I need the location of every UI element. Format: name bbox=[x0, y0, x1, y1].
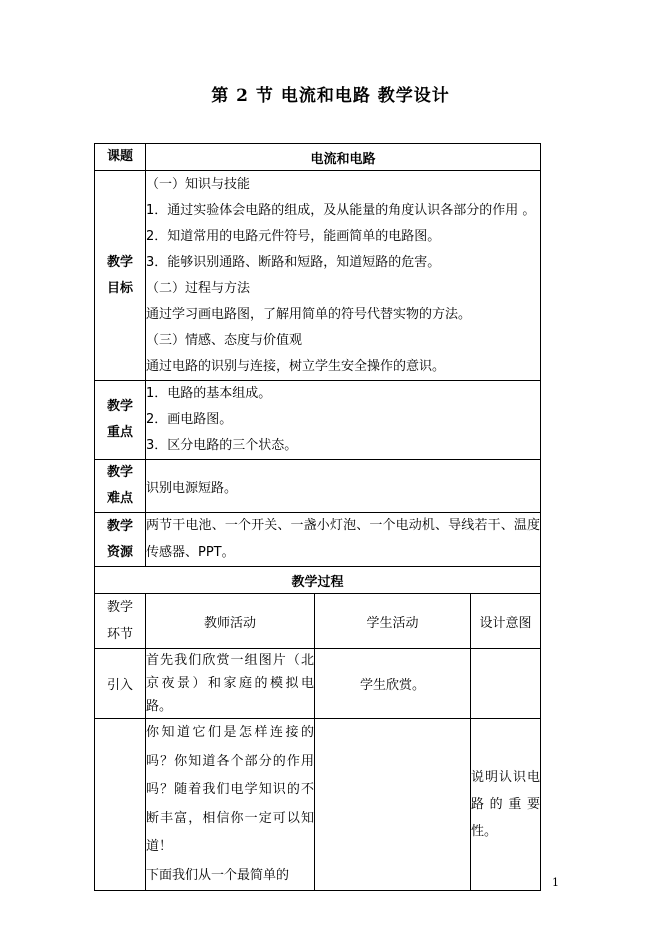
objective-line: （一）知识与技能 bbox=[146, 172, 540, 198]
table-row-process-header: 教学环节 教师活动 学生活动 设计意图 bbox=[95, 594, 541, 649]
intro-teacher-activity: 首先我们欣赏一组图片（北京夜景）和家庭的模拟电路。 bbox=[146, 649, 315, 719]
header-stage: 教学环节 bbox=[106, 594, 134, 648]
table-row-topic: 课题 电流和电路 bbox=[95, 144, 541, 171]
objectives-label-cell: 教学目标 bbox=[95, 171, 146, 381]
resources-label-cell: 教学资源 bbox=[95, 513, 146, 567]
focus-line: 1．电路的基本组成。 bbox=[146, 381, 540, 407]
topic-label-cell: 课题 bbox=[95, 144, 146, 171]
objective-line: （二）过程与方法 bbox=[146, 276, 540, 302]
table-row-process-title: 教学过程 bbox=[95, 567, 541, 594]
teacher-paragraph: 你知道它们是怎样连接的吗？你知道各个部分的作用吗？随着我们电学知识的不断丰富，相… bbox=[146, 719, 314, 862]
header-stage-cell: 教学环节 bbox=[95, 594, 146, 649]
teacher-paragraph: 下面我们从一个最简单的 bbox=[146, 862, 314, 891]
header-student: 学生活动 bbox=[315, 594, 471, 649]
topic-label: 课题 bbox=[106, 144, 134, 170]
focus-label: 教学重点 bbox=[106, 394, 134, 446]
page-title: 第 2 节 电流和电路 教学设计 bbox=[0, 86, 661, 106]
questions-stage bbox=[95, 719, 146, 891]
table-row-difficulty: 教学难点 识别电源短路。 bbox=[95, 460, 541, 513]
difficulty-content: 识别电源短路。 bbox=[146, 460, 541, 513]
document-page: 第 2 节 电流和电路 教学设计 课题 电流和电路 教学目标 （一）知识与技能 … bbox=[0, 0, 661, 935]
difficulty-label: 教学难点 bbox=[106, 460, 134, 512]
focus-label-cell: 教学重点 bbox=[95, 381, 146, 460]
questions-design-intent: 说明认识电路的重要性。 bbox=[471, 719, 541, 891]
resources-label: 教学资源 bbox=[106, 514, 134, 566]
process-section-title: 教学过程 bbox=[95, 567, 541, 594]
intro-student-activity: 学生欣赏。 bbox=[315, 649, 471, 719]
questions-student-activity bbox=[315, 719, 471, 891]
focus-line: 3．区分电路的三个状态。 bbox=[146, 433, 540, 459]
table-row-resources: 教学资源 两节干电池、一个开关、一盏小灯泡、一个电动机、导线若干、温度传感器、P… bbox=[95, 513, 541, 567]
objective-line: 通过学习画电路图，了解用简单的符号代替实物的方法。 bbox=[146, 302, 540, 328]
table-row-focus: 教学重点 1．电路的基本组成。 2．画电路图。 3．区分电路的三个状态。 bbox=[95, 381, 541, 460]
topic-value: 电流和电路 bbox=[146, 144, 541, 171]
objective-line: （三）情感、态度与价值观 bbox=[146, 328, 540, 354]
page-number: 1 bbox=[552, 876, 559, 889]
objective-line: 1．通过实验体会电路的组成，及从能量的角度认识各部分的作用 。 bbox=[146, 198, 540, 224]
table-row-objectives: 教学目标 （一）知识与技能 1．通过实验体会电路的组成，及从能量的角度认识各部分… bbox=[95, 171, 541, 381]
resources-content: 两节干电池、一个开关、一盏小灯泡、一个电动机、导线若干、温度传感器、PPT。 bbox=[146, 513, 541, 567]
header-intent: 设计意图 bbox=[471, 594, 541, 649]
table-row-questions: 你知道它们是怎样连接的吗？你知道各个部分的作用吗？随着我们电学知识的不断丰富，相… bbox=[95, 719, 541, 891]
focus-line: 2．画电路图。 bbox=[146, 407, 540, 433]
objective-line: 2．知道常用的电路元件符号，能画简单的电路图。 bbox=[146, 224, 540, 250]
header-teacher: 教师活动 bbox=[146, 594, 315, 649]
difficulty-label-cell: 教学难点 bbox=[95, 460, 146, 513]
objectives-label: 教学目标 bbox=[106, 250, 134, 302]
table-row-intro: 引入 首先我们欣赏一组图片（北京夜景）和家庭的模拟电路。 学生欣赏。 bbox=[95, 649, 541, 719]
objectives-content: （一）知识与技能 1．通过实验体会电路的组成，及从能量的角度认识各部分的作用 。… bbox=[146, 171, 541, 381]
intro-design-intent bbox=[471, 649, 541, 719]
objective-line: 3．能够识别通路、断路和短路，知道短路的危害。 bbox=[146, 250, 540, 276]
focus-content: 1．电路的基本组成。 2．画电路图。 3．区分电路的三个状态。 bbox=[146, 381, 541, 460]
questions-teacher-activity: 你知道它们是怎样连接的吗？你知道各个部分的作用吗？随着我们电学知识的不断丰富，相… bbox=[146, 719, 315, 891]
objective-line: 通过电路的识别与连接，树立学生安全操作的意识。 bbox=[146, 354, 540, 380]
intro-stage: 引入 bbox=[95, 649, 146, 719]
lesson-plan-table: 课题 电流和电路 教学目标 （一）知识与技能 1．通过实验体会电路的组成，及从能… bbox=[94, 143, 541, 891]
